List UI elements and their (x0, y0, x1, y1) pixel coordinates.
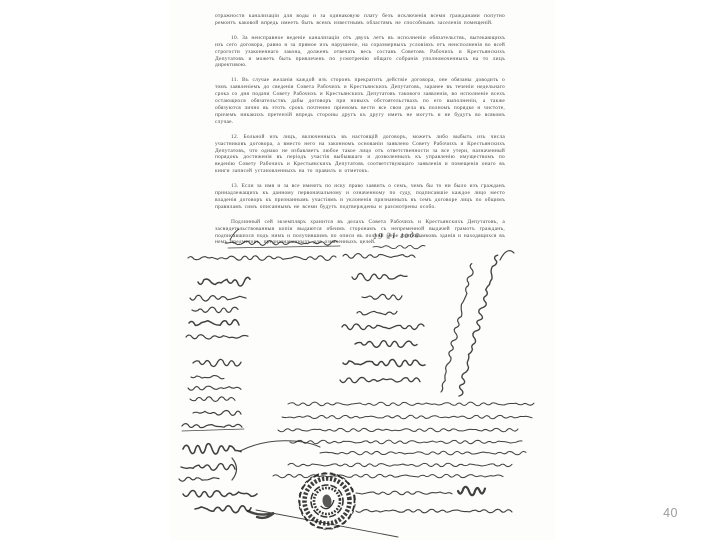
signature-stroke (340, 377, 420, 382)
signature-stroke (190, 295, 246, 301)
signature-stroke (357, 311, 397, 315)
signature-stroke (356, 491, 452, 495)
signature-stroke (458, 487, 485, 495)
signature-stroke (288, 402, 534, 406)
signature-stroke (456, 254, 499, 397)
signature-stroke (225, 241, 337, 246)
signature-stroke (193, 411, 241, 416)
signature-stroke (320, 451, 526, 455)
signature-stroke (183, 491, 257, 498)
signatures-overlay (170, 0, 555, 540)
signature-stroke (288, 463, 512, 466)
signature-scribbles (179, 241, 534, 513)
signature-stroke (183, 444, 241, 454)
signature-stroke (193, 359, 241, 366)
signature-stroke (290, 440, 522, 444)
signature-stroke (189, 320, 239, 326)
signature-stroke (273, 474, 503, 477)
signature-stroke (352, 273, 407, 280)
presentation-slide: отражности канализаціи для воды и за оди… (0, 0, 720, 540)
signature-stroke (192, 307, 238, 312)
signature-stroke (188, 256, 336, 261)
signature-stroke (282, 415, 532, 419)
signature-stroke (195, 506, 251, 513)
diagonal-signature (439, 254, 500, 397)
signature-stroke (343, 254, 415, 259)
signature-stroke (362, 294, 402, 299)
page-number: 40 (663, 506, 678, 520)
signature-stroke (278, 428, 518, 432)
signature-stroke (198, 277, 250, 286)
signature-stroke (373, 245, 425, 248)
document-scan: отражности канализаціи для воды и за оди… (170, 0, 555, 540)
signature-stroke (188, 386, 241, 390)
signature-stroke (179, 477, 219, 481)
signature-stroke (356, 509, 512, 513)
signature-stroke (186, 335, 248, 339)
signature-stroke (182, 424, 242, 428)
signature-stroke (439, 263, 475, 392)
signature-stroke (355, 341, 417, 348)
signature-stroke (190, 397, 235, 402)
signature-stroke (181, 464, 235, 471)
signature-stroke (191, 376, 224, 379)
signature-stroke (342, 324, 424, 330)
signature-stroke (343, 359, 425, 366)
